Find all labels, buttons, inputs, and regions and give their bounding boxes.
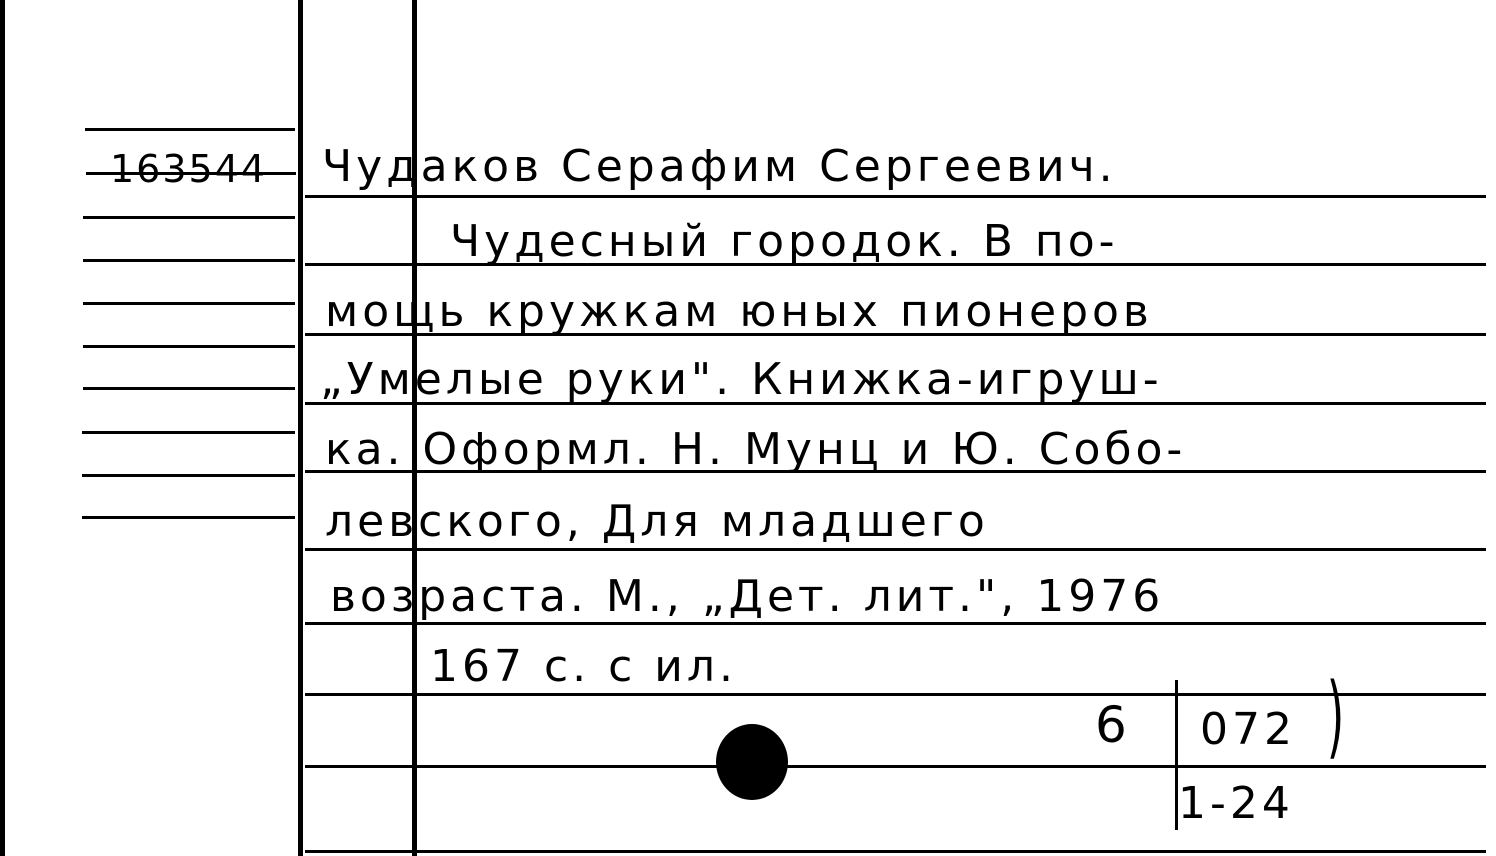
rule bbox=[305, 622, 1486, 625]
rule bbox=[305, 693, 1486, 696]
rule-left bbox=[83, 302, 295, 305]
cutter-number: 1-24 bbox=[1178, 782, 1294, 826]
rule-left bbox=[83, 345, 295, 348]
rule bbox=[305, 548, 1486, 551]
description-line-2: мощь кружкам юных пионеров bbox=[325, 290, 1153, 334]
rule bbox=[305, 850, 1486, 853]
rule-left bbox=[83, 259, 295, 262]
catalog-card: 163544 Чудаков Серафим Сергеевич. Чудесн… bbox=[0, 0, 1496, 856]
classification-right: 072 bbox=[1200, 708, 1296, 752]
description-line-3: „Умелые руки". Книжка-игруш- bbox=[320, 358, 1163, 402]
rule-left bbox=[85, 128, 295, 131]
description-line-5: левского, Для младшего bbox=[325, 500, 989, 544]
rule-left bbox=[83, 216, 295, 219]
rule bbox=[305, 195, 1486, 198]
margin-line-1 bbox=[298, 0, 303, 856]
description-line-6: возраста. М., „Дет. лит.", 1976 bbox=[330, 575, 1164, 619]
description-line-7: 167 с. с ил. bbox=[430, 645, 737, 689]
rule-left bbox=[83, 387, 295, 390]
punch-hole bbox=[716, 724, 788, 800]
left-border bbox=[0, 0, 5, 856]
author-name: Чудаков Серафим Сергеевич. bbox=[322, 145, 1117, 189]
classification-left: 6 bbox=[1095, 700, 1131, 750]
description-line-4: ка. Оформл. Н. Мунц и Ю. Собо- bbox=[325, 428, 1186, 472]
rule-left bbox=[82, 431, 295, 434]
classification-bracket: ) bbox=[1327, 672, 1345, 762]
rule-left bbox=[82, 516, 295, 519]
rule bbox=[305, 765, 1486, 768]
rule-left bbox=[82, 474, 295, 477]
description-line-1: Чудесный городок. В по- bbox=[450, 220, 1119, 264]
inventory-number: 163544 bbox=[110, 150, 267, 188]
